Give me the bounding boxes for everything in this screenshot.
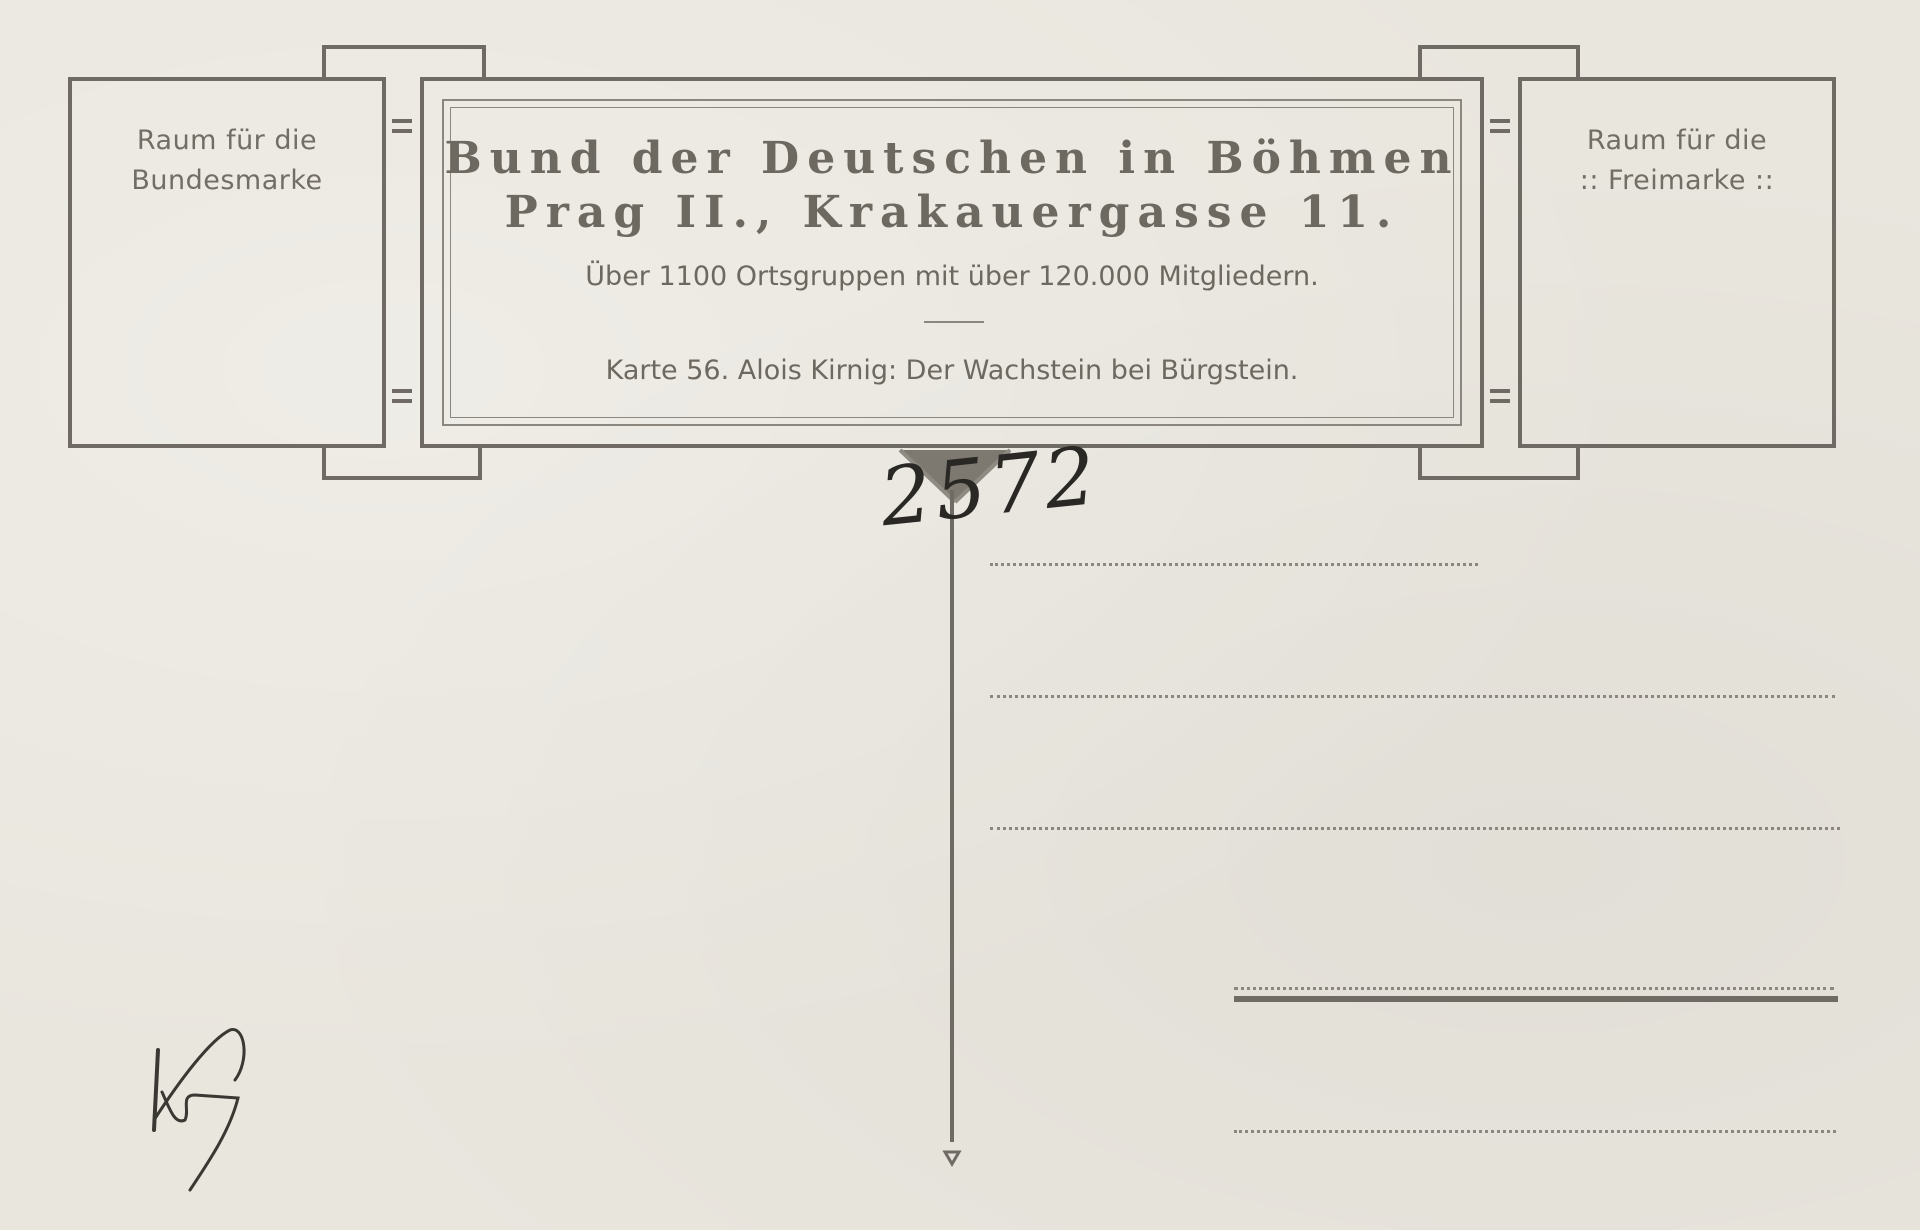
address-line-1 — [990, 563, 1478, 566]
equals-ornament — [392, 389, 412, 403]
right-bracket-top — [1418, 45, 1580, 79]
right-stamp-label-1: Raum für die — [1522, 121, 1832, 161]
right-bracket-bottom — [1418, 446, 1580, 480]
stats-line: Über 1100 Ortsgruppen mit über 120.000 M… — [424, 261, 1480, 292]
title-line-1: Bund der Deutschen in Böhmen — [424, 133, 1480, 184]
left-stamp-label-1: Raum für die — [72, 121, 382, 161]
center-divider — [880, 440, 1030, 1170]
equals-ornament — [1490, 119, 1510, 133]
header-box: Bund der Deutschen in Böhmen Prag II., K… — [420, 77, 1484, 448]
address-line-2 — [990, 695, 1835, 698]
left-bracket-top — [322, 45, 486, 79]
equals-ornament — [392, 119, 412, 133]
artist-monogram — [140, 1020, 260, 1200]
divider-rule — [924, 321, 984, 323]
address-underline — [1234, 996, 1838, 1002]
equals-ornament — [1490, 389, 1510, 403]
caption-line: Karte 56. Alois Kirnig: Der Wachstein be… — [424, 355, 1480, 386]
address-line-5 — [1234, 1130, 1836, 1133]
address-line-4 — [1234, 987, 1834, 990]
title-line-2: Prag II., Krakauergasse 11. — [424, 187, 1480, 238]
address-line-3 — [990, 827, 1840, 830]
left-bracket-bottom — [322, 446, 482, 480]
left-stamp-label-2: Bundesmarke — [72, 161, 382, 201]
right-stamp-box: Raum für die :: Freimarke :: — [1518, 77, 1836, 448]
right-stamp-label-2: :: Freimarke :: — [1522, 161, 1832, 201]
left-stamp-box: Raum für die Bundesmarke — [68, 77, 386, 448]
